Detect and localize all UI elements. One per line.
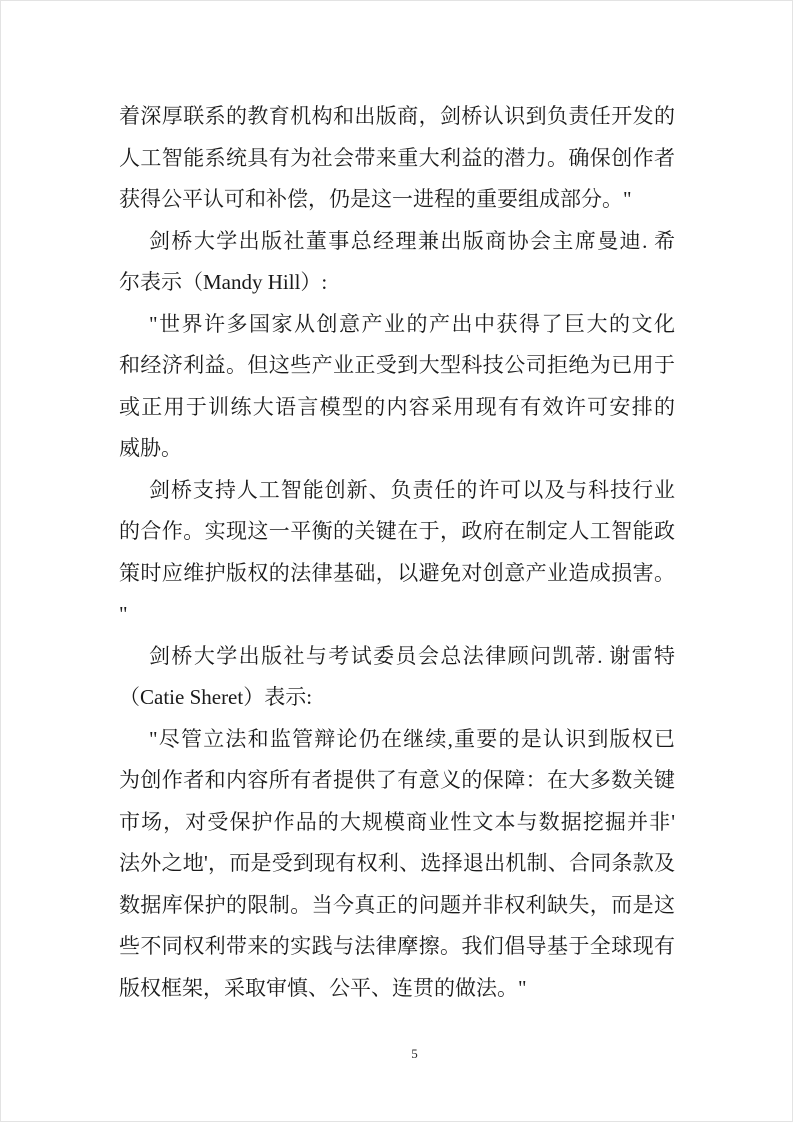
text-line: 法外之地'，而是受到现有权利、选择退出机制、合同条款及 [119,843,675,885]
text-line: " [119,594,675,636]
text-line: "世界许多国家从创意产业的产出中获得了巨大的文化 [119,304,675,346]
text-line: 人工智能系统具有为社会带来重大利益的潜力。确保创作者 [119,138,675,180]
text-line: 尔表示（Mandy Hill）: [119,262,675,304]
text-line: 市场，对受保护作品的大规模商业性文本与数据挖掘并非' [119,802,675,844]
text-line: 和经济利益。但这些产业正受到大型科技公司拒绝为已用于 [119,345,675,387]
text-line: 威胁。 [119,428,675,470]
text-line: （Catie Sheret）表示: [119,677,675,719]
document-body: 着深厚联系的教育机构和出版商，剑桥认识到负责任开发的 人工智能系统具有为社会带来… [119,96,675,1009]
text-line: 剑桥大学出版社与考试委员会总法律顾问凯蒂. 谢雷特 [119,636,675,678]
text-line: 着深厚联系的教育机构和出版商，剑桥认识到负责任开发的 [119,96,675,138]
text-line: 或正用于训练大语言模型的内容采用现有有效许可安排的 [119,387,675,429]
text-line: 策时应维护版权的法律基础，以避免对创意产业造成损害。 [119,553,675,595]
text-line: 版权框架，采取审慎、公平、连贯的做法。" [119,968,675,1010]
text-line: 些不同权利带来的实践与法律摩擦。我们倡导基于全球现有 [119,926,675,968]
text-line: 的合作。实现这一平衡的关键在于，政府在制定人工智能政 [119,511,675,553]
text-line: 获得公平认可和补偿，仍是这一进程的重要组成部分。" [119,179,675,221]
text-line: "尽管立法和监管辩论仍在继续,重要的是认识到版权已 [119,719,675,761]
text-line: 剑桥大学出版社董事总经理兼出版商协会主席曼迪. 希 [119,221,675,263]
page-number: 5 [19,1045,793,1063]
text-line: 数据库保护的限制。当今真正的问题并非权利缺失，而是这 [119,885,675,927]
text-line: 剑桥支持人工智能创新、负责任的许可以及与科技行业 [119,470,675,512]
text-line: 为创作者和内容所有者提供了有意义的保障：在大多数关键 [119,760,675,802]
document-page: 着深厚联系的教育机构和出版商，剑桥认识到负责任开发的 人工智能系统具有为社会带来… [0,0,793,1122]
